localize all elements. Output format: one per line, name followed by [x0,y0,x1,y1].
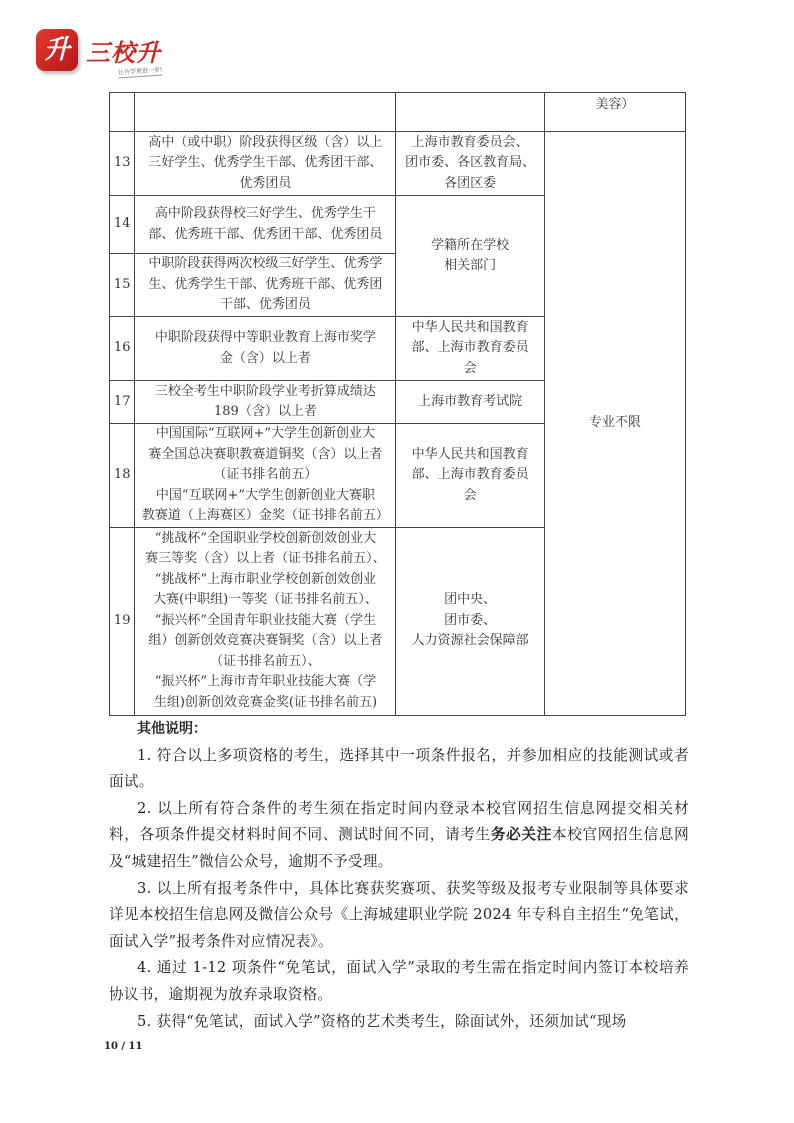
note-item-4: 4. 通过 1-12 项条件“免笔试，面试入学”录取的考生需在指定时间内签订本校… [109,955,689,1008]
page-number: 10 / 11 [104,1041,142,1052]
cell-authority: 团中央、 团市委、 人力资源社会保障部 [396,527,544,715]
emphasis-text: 务必关注 [491,826,552,843]
cell-condition: 中职阶段获得中等职业教育上海市奖学 金（含）以上者 [135,317,396,381]
brand-logo: 升 三校升 让升学更进一步! [36,29,196,79]
cell-condition: 高中阶段获得校三好学生、优秀学生干 部、优秀班干部、优秀团干部、优秀团员 [135,196,396,254]
cell-number: 17 [110,381,135,424]
cell-number: 19 [110,527,135,715]
cell-condition: 三校全考生中职阶段学业考折算成绩达 189（含）以上者 [135,381,396,424]
table-row: 13 高中（或中职）阶段获得区级（含）以上 三好学生、优秀学生干部、优秀团干部、… [110,132,686,196]
logo-name: 三校升 [86,33,161,68]
cell-condition: 高中（或中职）阶段获得区级（含）以上 三好学生、优秀学生干部、优秀团干部、 优秀… [135,132,396,196]
notes-section: 其他说明： 1. 符合以上多项资格的考生，选择其中一项条件报名，并参加相应的技能… [109,716,689,1035]
note-item-2: 2. 以上所有符合条件的考生须在指定时间内登录本校官网招生信息网提交相关材料，各… [109,796,689,876]
cell-authority: 上海市教育考试院 [396,381,544,424]
note-item-5: 5. 获得“免笔试，面试入学”资格的艺术类考生，除面试外，还须加试“现场 [109,1009,689,1036]
cell-number: 13 [110,132,135,196]
notes-title: 其他说明： [109,716,689,743]
cell-condition [135,93,396,132]
logo-slogan: 让升学更进一步! [118,64,163,78]
cell-condition: 中职阶段获得两次校级三好学生、优秀学 生、优秀学生干部、优秀班干部、优秀团 干部… [135,254,396,317]
requirements-table: 美容） 13 高中（或中职）阶段获得区级（含）以上 三好学生、优秀学生干部、优秀… [109,92,686,716]
cell-major-merged: 专业不限 [544,132,685,716]
cell-number: 14 [110,196,135,254]
cell-authority: 中华人民共和国教育 部、上海市教育委员 会 [396,424,544,528]
cell-condition: 中国国际“互联网+”大学生创新创业大 赛全国总决赛职教赛道铜奖（含）以上者 （证… [135,424,396,528]
logo-badge-icon: 升 [36,29,78,71]
cell-authority: 上海市教育委员会、 团市委、各区教育局、 各团区委 [396,132,544,196]
major-text: 美容） [595,97,634,112]
table-row-continuation: 美容） [110,93,686,132]
major-text: 专业不限 [589,415,641,430]
cell-condition: “挑战杯”全国职业学校创新创效创业大 赛三等奖（含）以上者（证书排名前五）、 “… [135,527,396,715]
note-item-3: 3. 以上所有报考条件中，具体比赛获奖赛项、获奖等级及报考专业限制等具体要求详见… [109,876,689,956]
cell-number: 15 [110,254,135,317]
cell-number: 18 [110,424,135,528]
cell-authority: 中华人民共和国教育 部、上海市教育委员 会 [396,317,544,381]
cell-authority [396,93,544,132]
cell-authority: 学籍所在学校 相关部门 [396,196,544,317]
cell-major: 美容） [544,93,685,132]
cell-number: 16 [110,317,135,381]
note-item-1: 1. 符合以上多项资格的考生，选择其中一项条件报名，并参加相应的技能测试或者面试… [109,743,689,796]
cell-number [110,93,135,132]
